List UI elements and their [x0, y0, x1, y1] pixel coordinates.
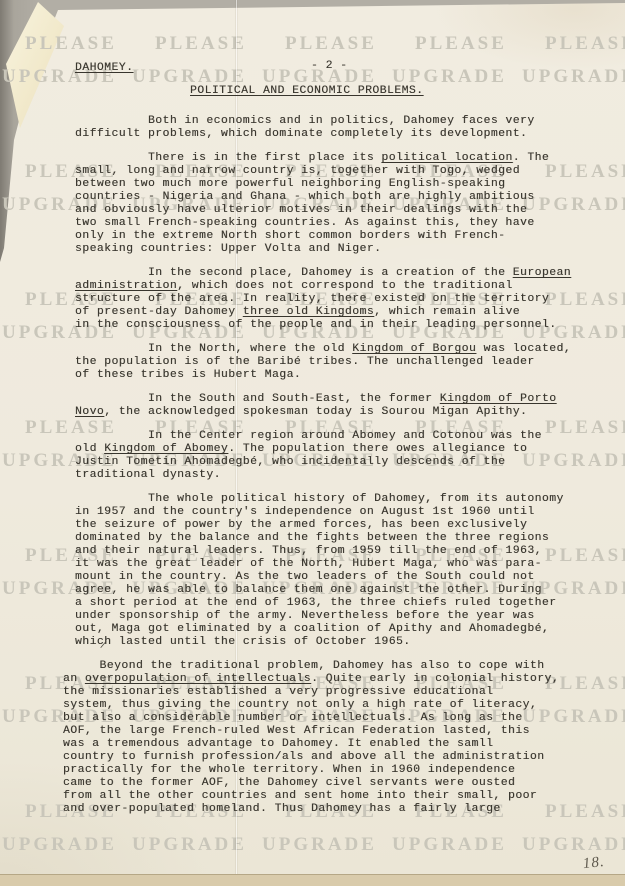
country-heading: DAHOMEY.: [75, 62, 133, 74]
paragraph: In the Center region around Abomey and C…: [75, 430, 620, 482]
paragraph: In the North, where the old Kingdom of B…: [75, 343, 620, 382]
paragraph: In the South and South-East, the former …: [75, 393, 620, 419]
bottom-scan-strip: [0, 874, 625, 886]
paragraph: The whole political history of Dahomey, …: [75, 493, 620, 649]
paragraph: In the second place, Dahomey is a creati…: [75, 267, 620, 332]
document-content: DAHOMEY. - 2 - POLITICAL AND ECONOMIC PR…: [75, 62, 620, 816]
paragraph: Beyond the traditional problem, Dahomey …: [63, 660, 620, 816]
doc-title: POLITICAL AND ECONOMIC PROBLEMS.: [190, 85, 620, 98]
paragraph: There is in the first place its politica…: [75, 152, 620, 256]
doc-header: DAHOMEY. - 2 -: [75, 62, 620, 75]
paragraphs: Both in economics and in politics, Dahom…: [75, 115, 620, 816]
handwritten-page-number: 18.: [582, 854, 605, 873]
page-number: - 2 -: [311, 60, 347, 73]
paragraph: Both in economics and in politics, Dahom…: [75, 115, 620, 141]
